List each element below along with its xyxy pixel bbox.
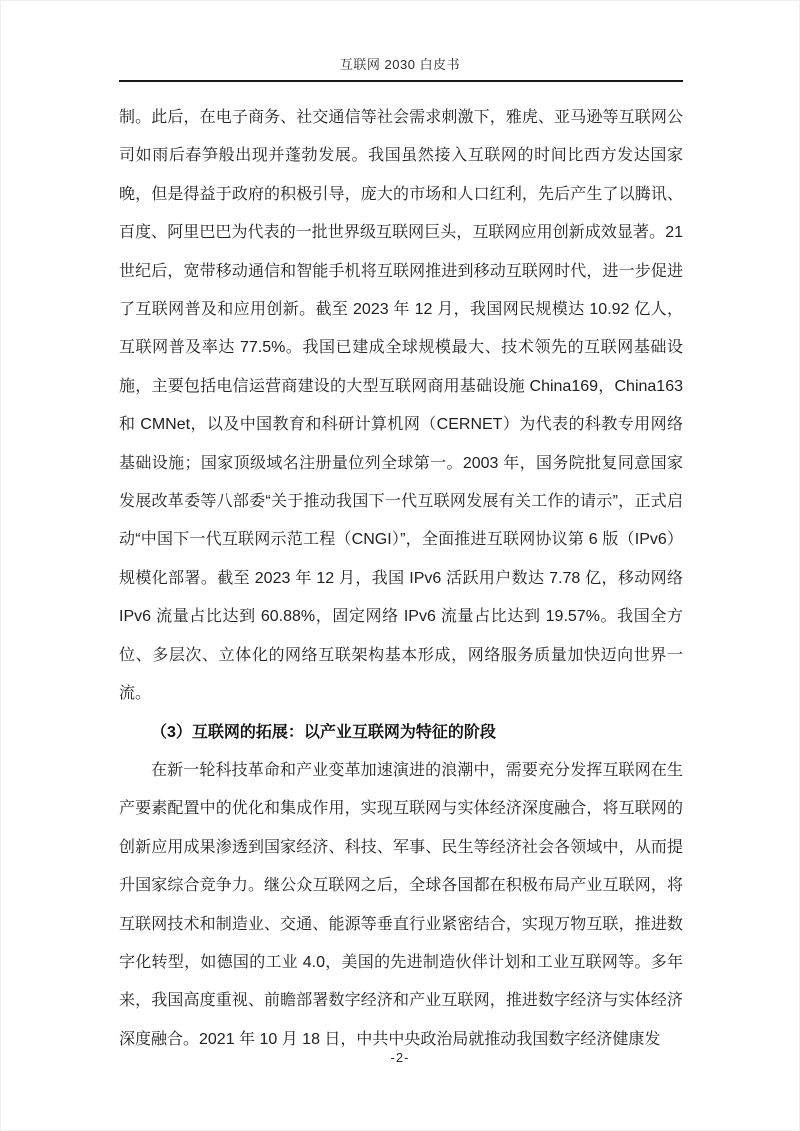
body-paragraph-1: 制。此后，在电子商务、社交通信等社会需求刺激下，雅虎、亚马逊等互联网公司如雨后春…: [119, 99, 683, 714]
page-number: -2-: [1, 1050, 799, 1065]
section-heading: （3）互联网的拓展：以产业互联网为特征的阶段: [119, 714, 683, 752]
document-page: 互联网 2030 白皮书 制。此后，在电子商务、社交通信等社会需求刺激下，雅虎、…: [0, 0, 800, 1131]
body-paragraph-2: 在新一轮科技革命和产业变革加速演进的浪潮中，需要充分发挥互联网在生产要素配置中的…: [119, 752, 683, 1059]
header-divider: [119, 80, 683, 82]
document-header-title: 互联网 2030 白皮书: [1, 54, 799, 73]
document-body: 制。此后，在电子商务、社交通信等社会需求刺激下，雅虎、亚马逊等互联网公司如雨后春…: [119, 99, 683, 1059]
